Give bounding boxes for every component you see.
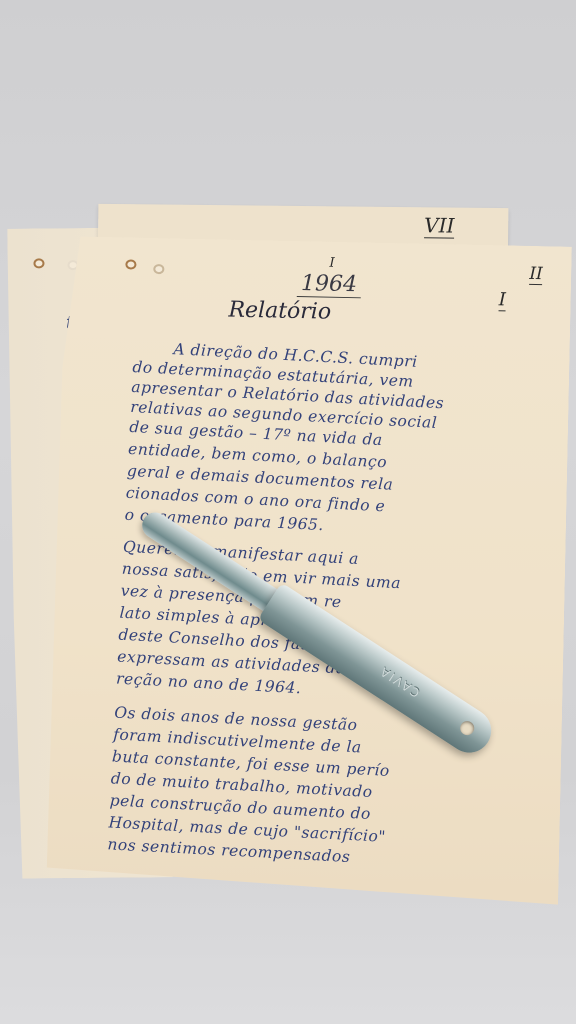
engraved-brand: CAVIA bbox=[376, 663, 422, 700]
roman-numeral-vii: VII bbox=[424, 213, 455, 238]
document-year: 1964 bbox=[297, 271, 362, 298]
roman-numeral-ii: II bbox=[529, 264, 543, 285]
top-mark: I bbox=[329, 256, 334, 271]
punch-hole bbox=[153, 264, 164, 274]
hanging-hole bbox=[458, 718, 477, 737]
roman-numeral-i: I bbox=[499, 289, 507, 311]
punch-hole bbox=[33, 258, 44, 268]
punch-hole bbox=[125, 259, 136, 269]
document-heading: Relatório bbox=[228, 298, 331, 325]
